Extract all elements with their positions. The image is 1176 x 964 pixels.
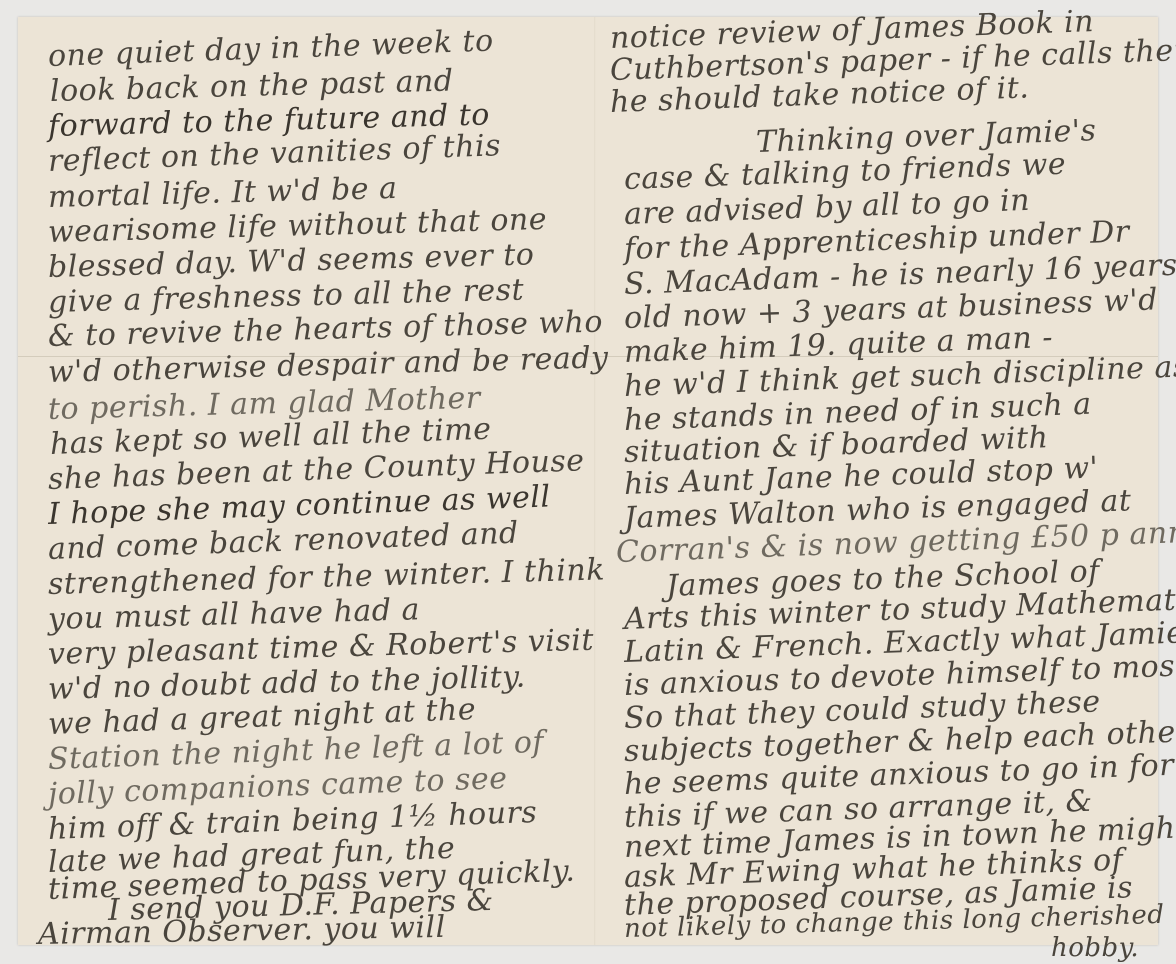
letter-sheet: one quiet day in the week to look back o… — [18, 17, 1158, 945]
left-page: one quiet day in the week to look back o… — [18, 17, 594, 945]
handwritten-line: Airman Observer. you will — [38, 910, 446, 952]
handwritten-line: hobby. — [1051, 933, 1139, 963]
right-page: notice review of James Book in Cuthberts… — [596, 17, 1158, 945]
